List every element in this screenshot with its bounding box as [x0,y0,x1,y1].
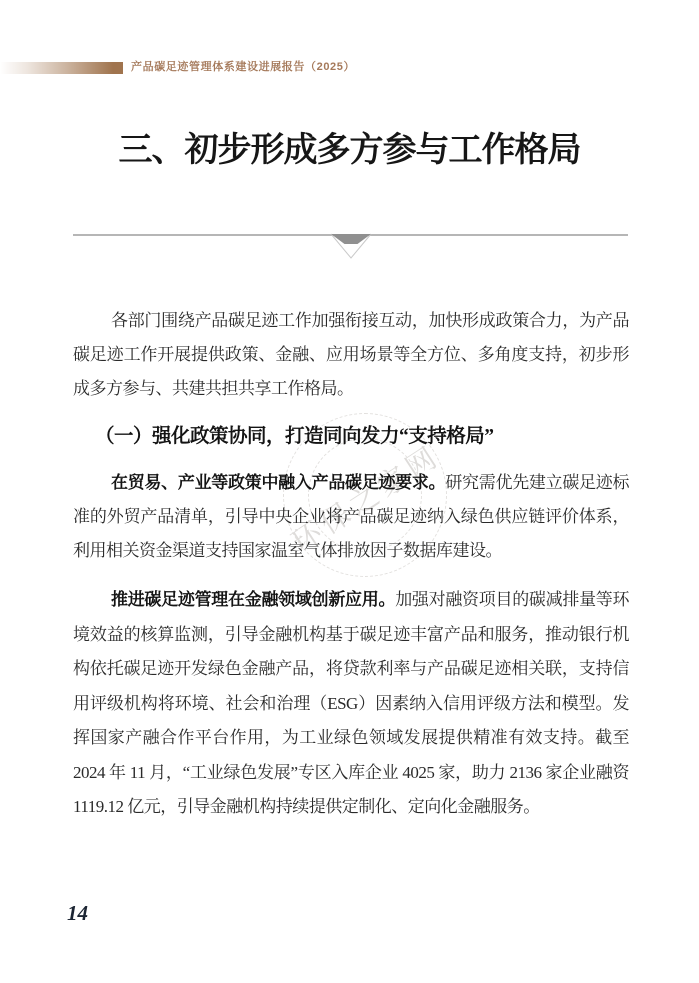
report-title: 产品碳足迹管理体系建设进展报告（2025） [131,60,355,74]
intro-paragraph: 各部门围绕产品碳足迹工作加强衔接互动，加快形成政策合力，为产品碳足迹工作开展提供… [73,304,629,406]
page-number: 14 [67,898,88,928]
finance-paragraph: 推进碳足迹管理在金融领域创新应用。加强对融资项目的碳减排量等环境效益的核算监测，… [73,583,629,825]
finance-paragraph-lead: 推进碳足迹管理在金融领域创新应用。 [111,590,395,609]
policy-paragraph: 在贸易、产业等政策中融入产品碳足迹要求。研究需优先建立碳足迹标准的外贸产品清单，… [73,466,629,568]
finance-paragraph-text: 加强对融资项目的碳减排量等环境效益的核算监测，引导金融机构基于碳足迹丰富产品和服… [73,590,629,816]
policy-paragraph-lead: 在贸易、产业等政策中融入产品碳足迹要求。 [111,473,445,492]
divider-triangle-icon [328,233,374,259]
header-gradient-bar [0,62,123,74]
document-page: 产品碳足迹管理体系建设进展报告（2025） 三、初步形成多方参与工作格局 环保之… [0,0,699,983]
body-text: 各部门围绕产品碳足迹工作加强衔接互动，加快形成政策合力，为产品碳足迹工作开展提供… [73,304,629,825]
section-heading: （一）强化政策协同，打造同向发力“支持格局” [73,422,629,452]
chapter-title: 三、初步形成多方参与工作格局 [0,128,699,174]
